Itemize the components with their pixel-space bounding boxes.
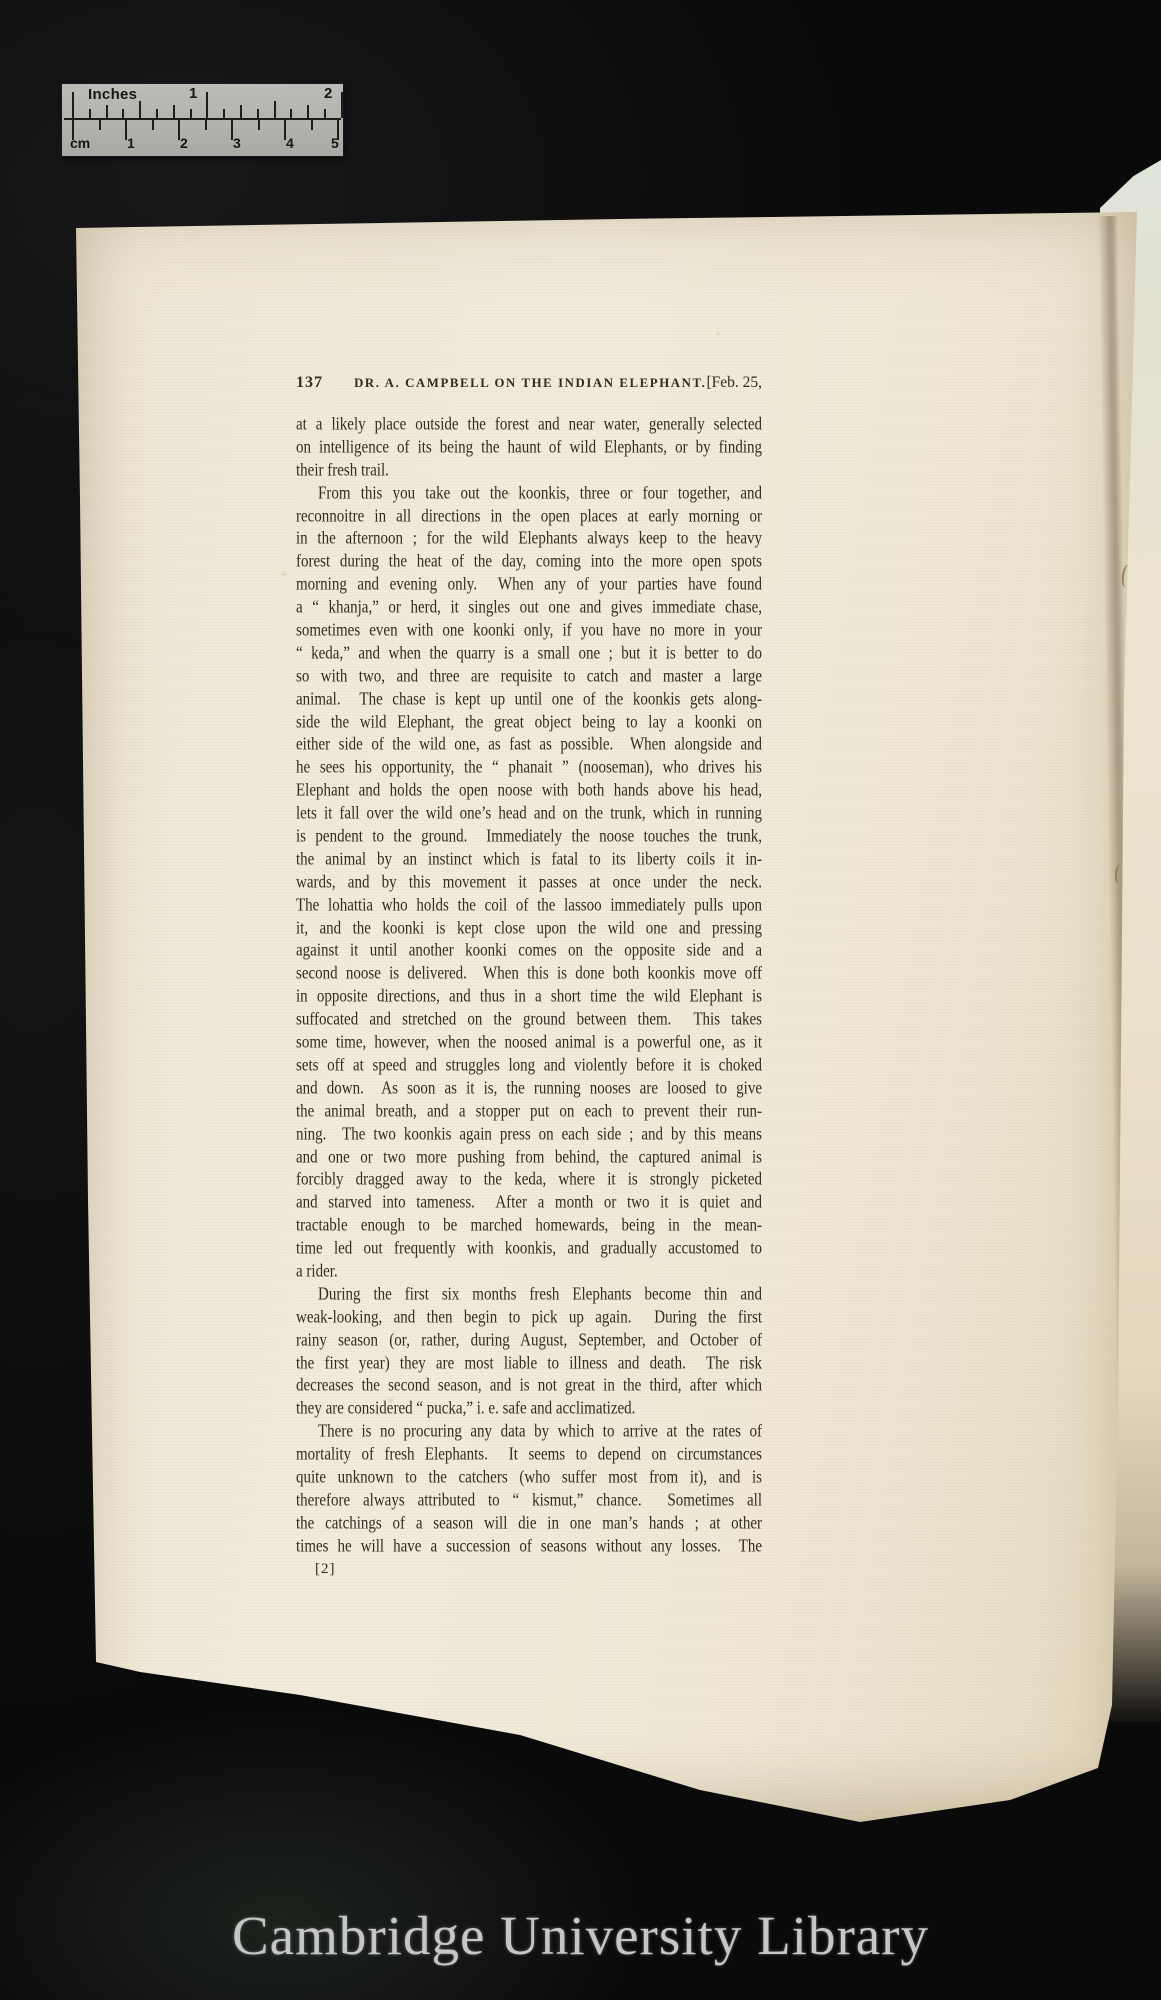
text-line: is pendent to the ground. Immediately th… [296,826,762,849]
text-line: on intelligence of its being the haunt o… [296,437,762,460]
text-line: some time, however, when the noosed anim… [296,1032,762,1055]
signature-mark: [2] [296,1561,762,1578]
text-line: times he will have a succession of seaso… [296,1536,762,1559]
ruler-inch-number: 1 [189,85,197,102]
ruler-tick [341,92,343,118]
ruler-inch-number: 2 [324,85,332,102]
ruler-tick [324,109,326,118]
ruler-tick [178,119,180,140]
ruler-tick [173,105,175,118]
text-line: so with two, and three are requisite to … [296,666,762,689]
text-line: There is no procuring any data by which … [296,1421,762,1444]
text-line: and down. As soon as it is, the running … [296,1078,762,1101]
library-watermark: Cambridge University Library [0,1904,1161,1967]
text-line: “ keda,” and when the quarry is a small … [296,643,762,666]
ruler-tick [156,109,158,118]
ruler-tick [231,119,233,140]
text-line: sets off at speed and struggles long and… [296,1055,762,1078]
running-title: DR. A. CAMPBELL ON THE INDIAN ELEPHANT. [354,376,706,391]
text-line: second noose is delivered. When this is … [296,963,762,986]
ruler-tick [72,92,74,118]
ruler-tick [125,119,127,140]
text-line: in opposite directions, and thus in a sh… [296,986,762,1009]
ruler-tick [72,119,74,140]
text-line: rainy season (or, rather, during August,… [296,1330,762,1353]
ruler-tick [122,109,124,118]
header-date: [Feb. 25, [706,374,762,392]
text-line: lets it fall over the wild one’s head an… [296,803,762,826]
text-line: morning and evening only. When any of yo… [296,574,762,597]
ruler-tick [152,119,154,130]
ruler-tick [99,119,101,130]
ruler-tick [290,109,292,118]
ruler-cm-number: 4 [286,135,294,151]
ruler-tick [206,92,208,118]
text-line: mortality of fresh Elephants. It seems t… [296,1444,762,1467]
text-line: at a likely place outside the forest and… [296,414,762,437]
text-line: forest during the heat of the day, comin… [296,551,762,574]
text-line: ning. The two koonkis again press on eac… [296,1124,762,1147]
text-line: the catchings of a season will die in on… [296,1513,762,1536]
ruler-tick [106,105,108,118]
ruler-tick [205,119,207,130]
text-line: a “ khanja,” or herd, it singles out one… [296,597,762,620]
text-line: forcibly dragged away to the keda, where… [296,1169,762,1192]
ruler-cm-scale: cm 1 2 3 4 5 [62,119,343,156]
text-line: the animal breath, and a stopper put on … [296,1101,762,1124]
book-page: 137 DR. A. CAMPBELL ON THE INDIAN ELEPHA… [76,212,1137,1826]
ruler-tick [223,109,225,118]
text-line: and starved into tameness. After a month… [296,1192,762,1215]
text-line: During the first six months fresh Elepha… [296,1284,762,1307]
text-line: quite unknown to the catchers (who suffe… [296,1467,762,1490]
text-line: therefore always attributed to “ kismut,… [296,1490,762,1513]
text-line: The lohattia who holds the coil of the l… [296,895,762,918]
text-line: they are considered “ pucka,” i. e. safe… [296,1398,762,1421]
ruler-cm-number: 1 [127,135,135,151]
ruler-tick [307,105,309,118]
text-line: From this you take out the koonkis, thre… [296,483,762,506]
text-line: Elephant and holds the open noose with b… [296,780,762,803]
page-number: 137 [296,374,354,392]
ruler-tick [311,119,313,130]
printed-content: 137 DR. A. CAMPBELL ON THE INDIAN ELEPHA… [296,374,762,1578]
ruler-tick [337,119,339,140]
text-line: he sees his opportunity, the “ phanait ”… [296,757,762,780]
ruler-tick [258,119,260,130]
ruler-tick [190,109,192,118]
text-line: a rider. [296,1261,762,1284]
measurement-ruler: Inches 1 2 cm 1 2 3 4 5 [62,84,343,156]
ruler-tick [240,105,242,118]
ruler-tick [284,119,286,140]
text-line: time led out frequently with koonkis, an… [296,1238,762,1261]
ruler-tick [274,101,276,118]
ruler-tick [257,109,259,118]
ruler-cm-number: 3 [233,135,241,151]
text-line: wards, and by this movement it passes at… [296,872,762,895]
text-line: weak-looking, and then begin to pick up … [296,1307,762,1330]
text-line: tractable enough to be marched homewards… [296,1215,762,1238]
ruler-inches-label: Inches [88,86,137,103]
running-head: 137 DR. A. CAMPBELL ON THE INDIAN ELEPHA… [296,374,762,396]
text-line: sometimes even with one koonki only, if … [296,620,762,643]
ruler-inches-scale: Inches 1 2 [62,84,343,118]
text-line: their fresh trail. [296,460,762,483]
ruler-tick [139,101,141,118]
text-line: animal. The chase is kept up until one o… [296,689,762,712]
text-line: the animal by an instinct which is fatal… [296,849,762,872]
ruler-tick [89,109,91,118]
scan-backdrop: Inches 1 2 cm 1 2 3 4 5 137 DR. A. CAMPB… [0,0,1161,2000]
ruler-cm-number: 2 [180,135,188,151]
text-line: suffocated and stretched on the ground b… [296,1009,762,1032]
body-text: at a likely place outside the forest and… [296,414,762,1559]
